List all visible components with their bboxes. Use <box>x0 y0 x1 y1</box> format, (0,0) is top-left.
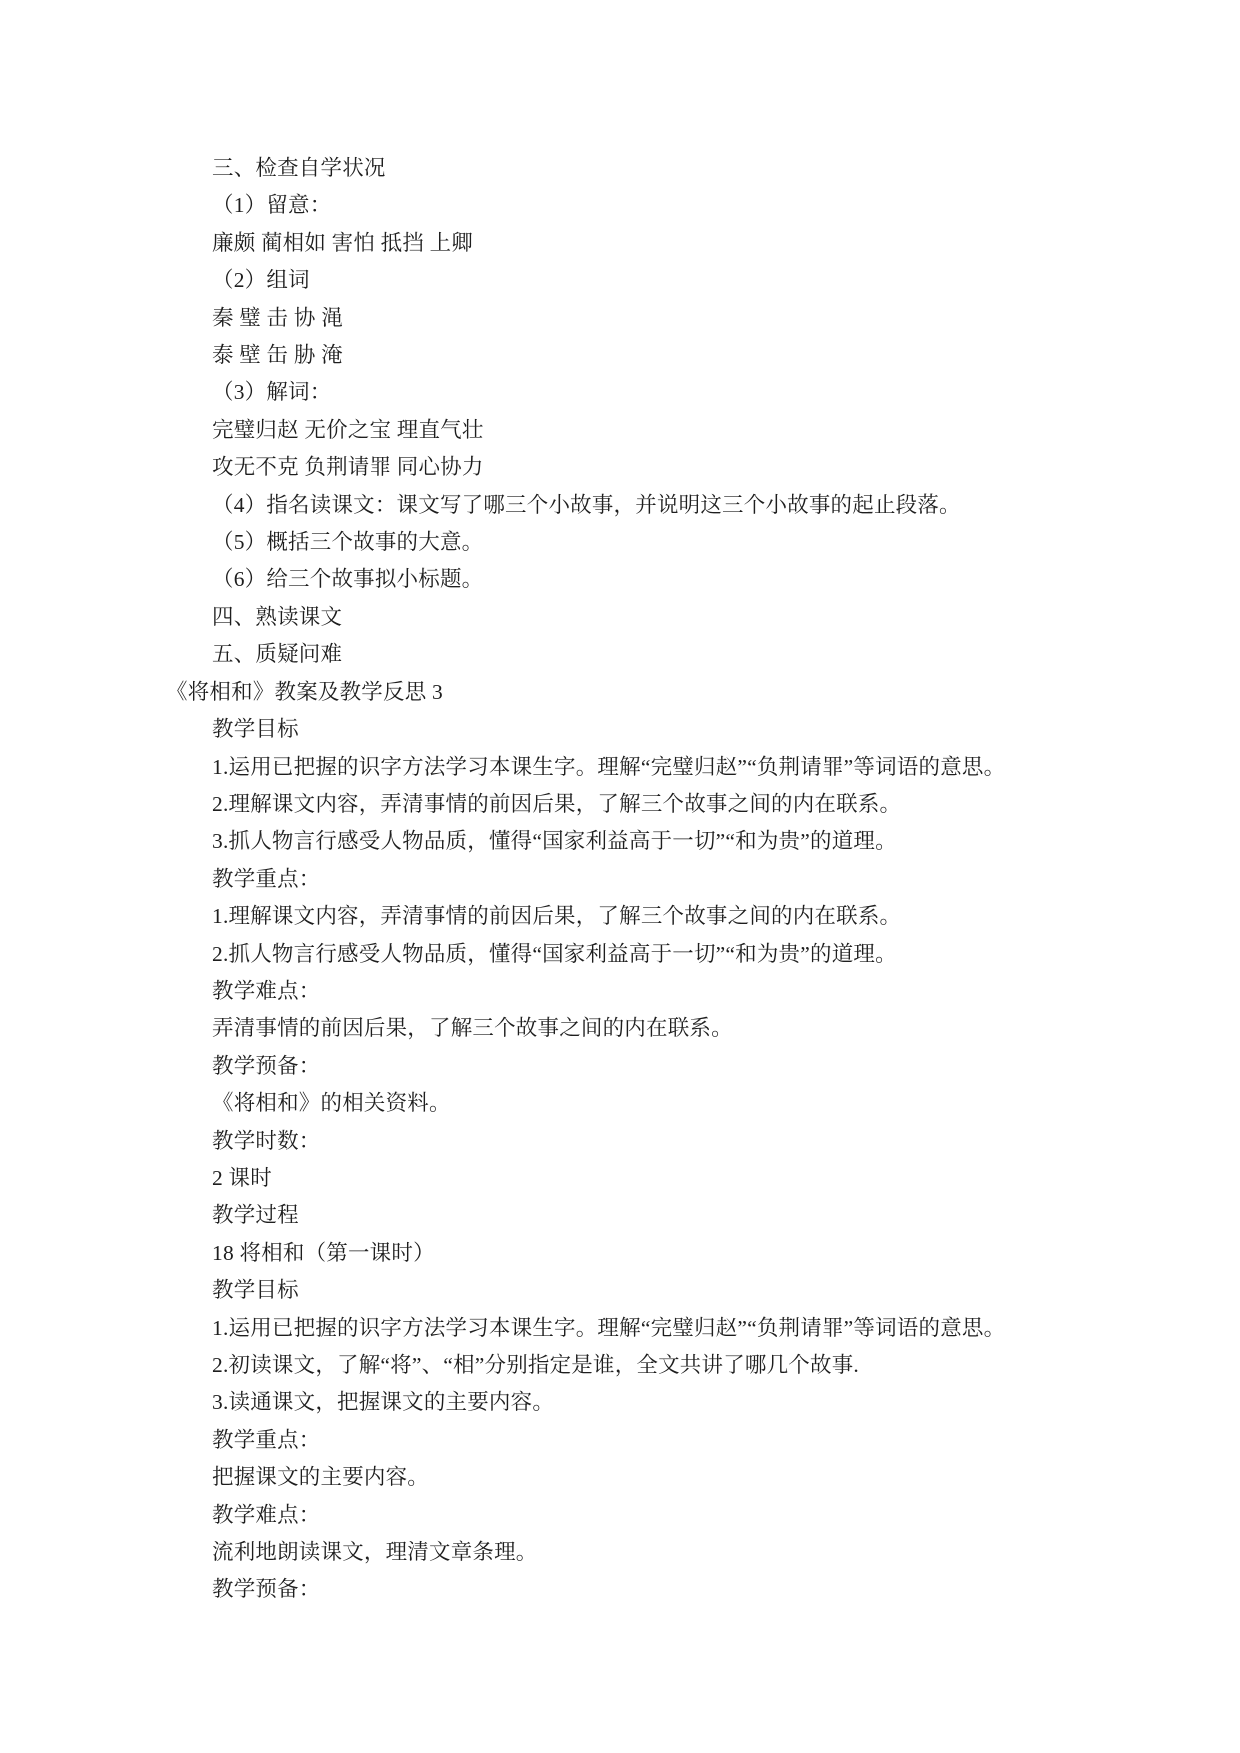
paragraph-line: 1.理解课文内容，弄清事情的前因后果，了解三个故事之间的内在联系。 <box>166 898 1146 935</box>
paragraph-line: 3.抓人物言行感受人物品质，懂得“国家利益高于一切”“和为贵”的道理。 <box>166 823 1146 860</box>
paragraph-line: 教学目标 <box>166 711 1146 748</box>
paragraph-line: 把握课文的主要内容。 <box>166 1459 1146 1496</box>
paragraph-line: 教学难点： <box>166 973 1146 1010</box>
paragraph-line: 三、检查自学状况 <box>166 150 1146 187</box>
paragraph-line: 泰 壁 缶 胁 淹 <box>166 337 1146 374</box>
paragraph-line: 教学预备： <box>166 1048 1146 1085</box>
paragraph-line: 1.运用已把握的识字方法学习本课生字。理解“完璧归赵”“负荆请罪”等词语的意思。 <box>166 1310 1146 1347</box>
text-block: 三、检查自学状况（1）留意：廉颇 蔺相如 害怕 抵挡 上卿（2）组词秦 璧 击 … <box>166 150 1146 1609</box>
paragraph-line: 《将相和》的相关资料。 <box>166 1085 1146 1122</box>
paragraph-line: 完璧归赵 无价之宝 理直气壮 <box>166 412 1146 449</box>
paragraph-line: 1.运用已把握的识字方法学习本课生字。理解“完璧归赵”“负荆请罪”等词语的意思。 <box>166 749 1146 786</box>
paragraph-line: （6）给三个故事拟小标题。 <box>166 561 1146 598</box>
paragraph-line: 18 将相和（第一课时） <box>166 1235 1146 1272</box>
paragraph-line: 2.初读课文，了解“将”、“相”分别指定是谁，全文共讲了哪几个故事. <box>166 1347 1146 1384</box>
paragraph-line: 五、质疑问难 <box>166 636 1146 673</box>
paragraph-line: 教学目标 <box>166 1272 1146 1309</box>
paragraph-line: 2.理解课文内容，弄清事情的前因后果，了解三个故事之间的内在联系。 <box>166 786 1146 823</box>
paragraph-line: 《将相和》教案及教学反思 3 <box>166 674 1146 711</box>
paragraph-line: （2）组词 <box>166 262 1146 299</box>
paragraph-line: 教学预备： <box>166 1571 1146 1608</box>
paragraph-line: 教学难点： <box>166 1497 1146 1534</box>
paragraph-line: 教学时数： <box>166 1123 1146 1160</box>
paragraph-line: （5）概括三个故事的大意。 <box>166 524 1146 561</box>
paragraph-line: 攻无不克 负荆请罪 同心协力 <box>166 449 1146 486</box>
paragraph-line: 廉颇 蔺相如 害怕 抵挡 上卿 <box>166 225 1146 262</box>
paragraph-line: 教学过程 <box>166 1197 1146 1234</box>
paragraph-line: 3.读通课文，把握课文的主要内容。 <box>166 1384 1146 1421</box>
paragraph-line: （4）指名读课文：课文写了哪三个小故事，并说明这三个小故事的起止段落。 <box>166 487 1146 524</box>
paragraph-line: 秦 璧 击 协 渑 <box>166 300 1146 337</box>
paragraph-line: （1）留意： <box>166 187 1146 224</box>
paragraph-line: 弄清事情的前因后果，了解三个故事之间的内在联系。 <box>166 1010 1146 1047</box>
paragraph-line: 2.抓人物言行感受人物品质，懂得“国家利益高于一切”“和为贵”的道理。 <box>166 936 1146 973</box>
paragraph-line: 教学重点： <box>166 861 1146 898</box>
paragraph-line: 2 课时 <box>166 1160 1146 1197</box>
paragraph-line: 教学重点： <box>166 1422 1146 1459</box>
paragraph-line: 流利地朗读课文，理清文章条理。 <box>166 1534 1146 1571</box>
paragraph-line: 四、熟读课文 <box>166 599 1146 636</box>
document-page: 三、检查自学状况（1）留意：廉颇 蔺相如 害怕 抵挡 上卿（2）组词秦 璧 击 … <box>0 0 1240 1753</box>
paragraph-line: （3）解词： <box>166 374 1146 411</box>
